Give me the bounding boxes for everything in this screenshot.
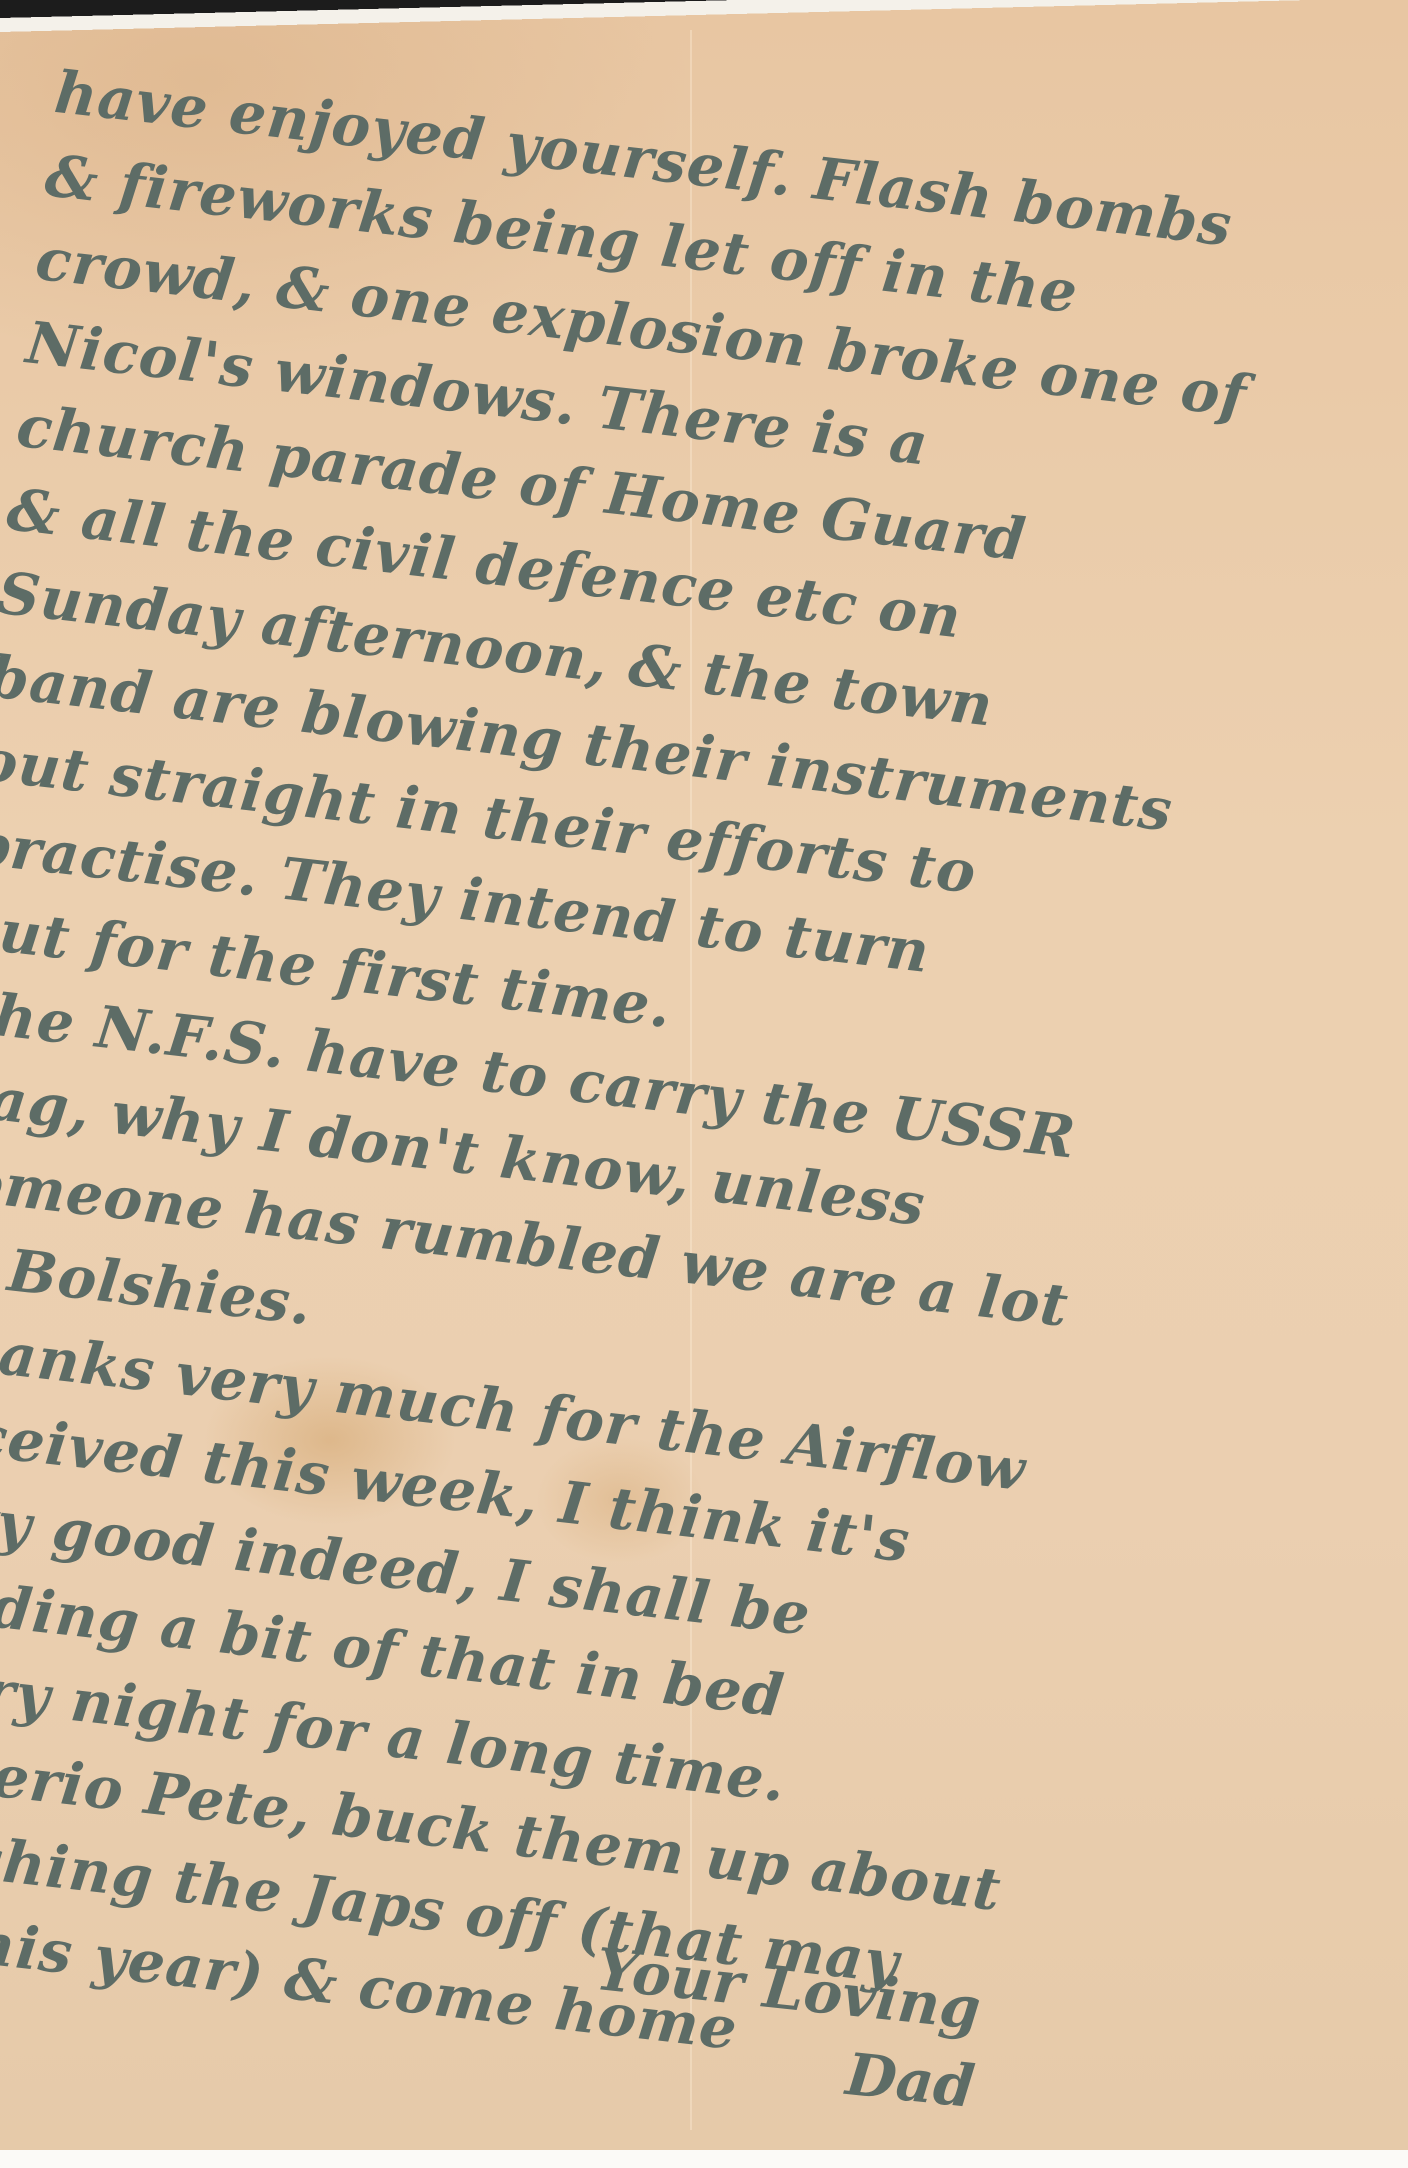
- letter-body: have enjoyed yourself. Flash bombs & fir…: [0, 50, 1352, 2117]
- letter-signature: Dad: [843, 2040, 978, 2121]
- scan-top-edge: [0, 0, 1408, 40]
- scan-bottom-edge: [0, 2150, 1408, 2168]
